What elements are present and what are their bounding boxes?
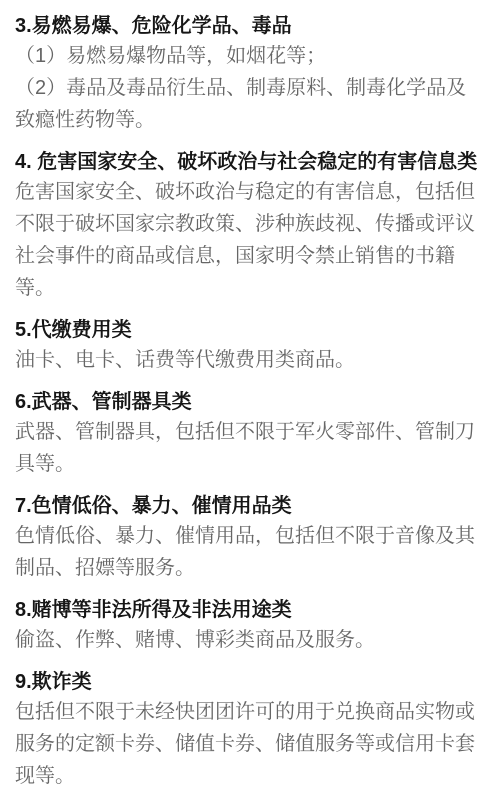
section-heading: 9.欺诈类 [15, 668, 485, 696]
prohibited-category-section: 7.色情低俗、暴力、催情用品类 色情低俗、暴力、催情用品，包括但不限于音像及其制… [15, 492, 485, 584]
section-heading: 3.易燃易爆、危险化学品、毒品 [15, 12, 485, 40]
policy-document: 3.易燃易爆、危险化学品、毒品 （1）易燃易爆物品等，如烟花等；（2）毒品及毒品… [0, 0, 500, 802]
prohibited-category-section: 5.代缴费用类 油卡、电卡、话费等代缴费用类商品。 [15, 316, 485, 376]
section-heading: 5.代缴费用类 [15, 316, 485, 344]
prohibited-category-section: 4. 危害国家安全、破坏政治与社会稳定的有害信息类 危害国家安全、破坏政治与稳定… [15, 148, 485, 304]
prohibited-category-section: 3.易燃易爆、危险化学品、毒品 （1）易燃易爆物品等，如烟花等；（2）毒品及毒品… [15, 12, 485, 136]
prohibited-category-section: 8.赌博等非法所得及非法用途类 偷盗、作弊、赌博、博彩类商品及服务。 [15, 596, 485, 656]
section-heading: 8.赌博等非法所得及非法用途类 [15, 596, 485, 624]
section-paragraph: 偷盗、作弊、赌博、博彩类商品及服务。 [15, 624, 485, 656]
section-paragraph: 油卡、电卡、话费等代缴费用类商品。 [15, 344, 485, 376]
prohibited-category-section: 6.武器、管制器具类 武器、管制器具，包括但不限于军火零部件、管制刀具等。 [15, 388, 485, 480]
page: { "page": { "background_color": "#ffffff… [0, 0, 500, 802]
section-paragraph: 武器、管制器具，包括但不限于军火零部件、管制刀具等。 [15, 416, 485, 480]
section-paragraph: 危害国家安全、破坏政治与稳定的有害信息，包括但不限于破坏国家宗教政策、涉种族歧视… [15, 176, 485, 304]
section-paragraph: 包括但不限于未经快团团许可的用于兑换商品实物或服务的定额卡券、储值卡券、储值服务… [15, 696, 485, 792]
section-heading: 6.武器、管制器具类 [15, 388, 485, 416]
section-paragraph: （1）易燃易爆物品等，如烟花等； [15, 40, 485, 72]
section-paragraph: （2）毒品及毒品衍生品、制毒原料、制毒化学品及致瘾性药物等。 [15, 72, 485, 136]
section-heading: 7.色情低俗、暴力、催情用品类 [15, 492, 485, 520]
section-heading: 4. 危害国家安全、破坏政治与社会稳定的有害信息类 [15, 148, 485, 176]
prohibited-category-section: 9.欺诈类 包括但不限于未经快团团许可的用于兑换商品实物或服务的定额卡券、储值卡… [15, 668, 485, 792]
section-paragraph: 色情低俗、暴力、催情用品，包括但不限于音像及其制品、招嫖等服务。 [15, 520, 485, 584]
